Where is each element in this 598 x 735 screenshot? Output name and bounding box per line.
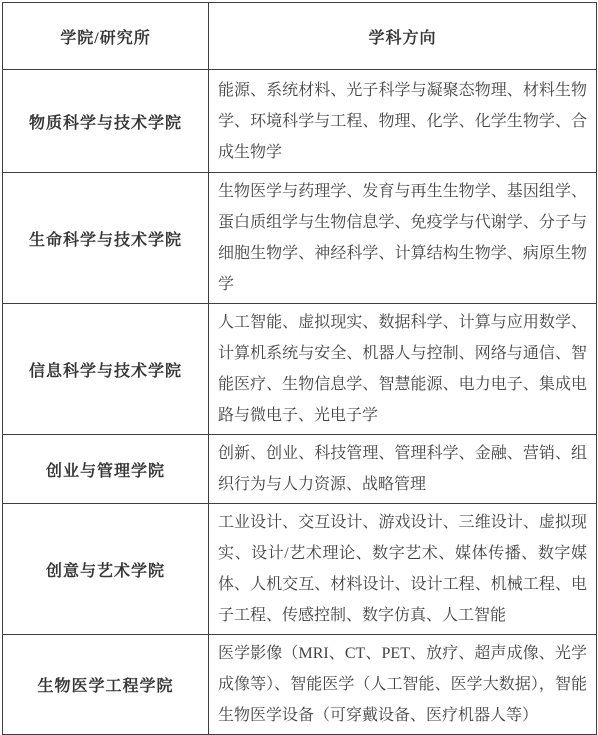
college-cell: 生命科学与技术学院	[3, 173, 209, 304]
disciplines-cell: 生物医学与药理学、发育与再生生物学、基因组学、蛋白质组学与生物信息学、免疫学与代…	[209, 173, 597, 304]
document-page: 学院/研究所 学科方向 物质科学与技术学院 能源、系统材料、光子科学与凝聚态物理…	[0, 0, 598, 725]
college-cell: 生物医学工程学院	[3, 635, 209, 735]
disciplines-cell: 医学影像（MRI、CT、PET、放疗、超声成像、光学成像等）、智能医学（人工智能…	[209, 635, 597, 735]
college-cell: 创意与艺术学院	[3, 504, 209, 635]
table-header-row: 学院/研究所 学科方向	[3, 3, 597, 70]
college-cell: 信息科学与技术学院	[3, 304, 209, 435]
disciplines-cell: 创新、创业、科技管理、管理科学、金融、营销、组织行为与人力资源、战略管理	[209, 435, 597, 504]
header-college: 学院/研究所	[3, 3, 209, 70]
table-row: 信息科学与技术学院 人工智能、虚拟现实、数据科学、计算与应用数学、计算机系统与安…	[3, 304, 597, 435]
disciplines-cell: 能源、系统材料、光子科学与凝聚态物理、材料生物学、环境科学与工程、物理、化学、化…	[209, 70, 597, 173]
college-cell: 物质科学与技术学院	[3, 70, 209, 173]
schools-disciplines-table: 学院/研究所 学科方向 物质科学与技术学院 能源、系统材料、光子科学与凝聚态物理…	[2, 2, 597, 735]
table-row: 创意与艺术学院 工业设计、交互设计、游戏设计、三维设计、虚拟现实、设计/艺术理论…	[3, 504, 597, 635]
disciplines-cell: 工业设计、交互设计、游戏设计、三维设计、虚拟现实、设计/艺术理论、数字艺术、媒体…	[209, 504, 597, 635]
table-row: 生物医学工程学院 医学影像（MRI、CT、PET、放疗、超声成像、光学成像等）、…	[3, 635, 597, 735]
table-row: 创业与管理学院 创新、创业、科技管理、管理科学、金融、营销、组织行为与人力资源、…	[3, 435, 597, 504]
header-disciplines: 学科方向	[209, 3, 597, 70]
college-cell: 创业与管理学院	[3, 435, 209, 504]
disciplines-cell: 人工智能、虚拟现实、数据科学、计算与应用数学、计算机系统与安全、机器人与控制、网…	[209, 304, 597, 435]
table-row: 生命科学与技术学院 生物医学与药理学、发育与再生生物学、基因组学、蛋白质组学与生…	[3, 173, 597, 304]
table-row: 物质科学与技术学院 能源、系统材料、光子科学与凝聚态物理、材料生物学、环境科学与…	[3, 70, 597, 173]
